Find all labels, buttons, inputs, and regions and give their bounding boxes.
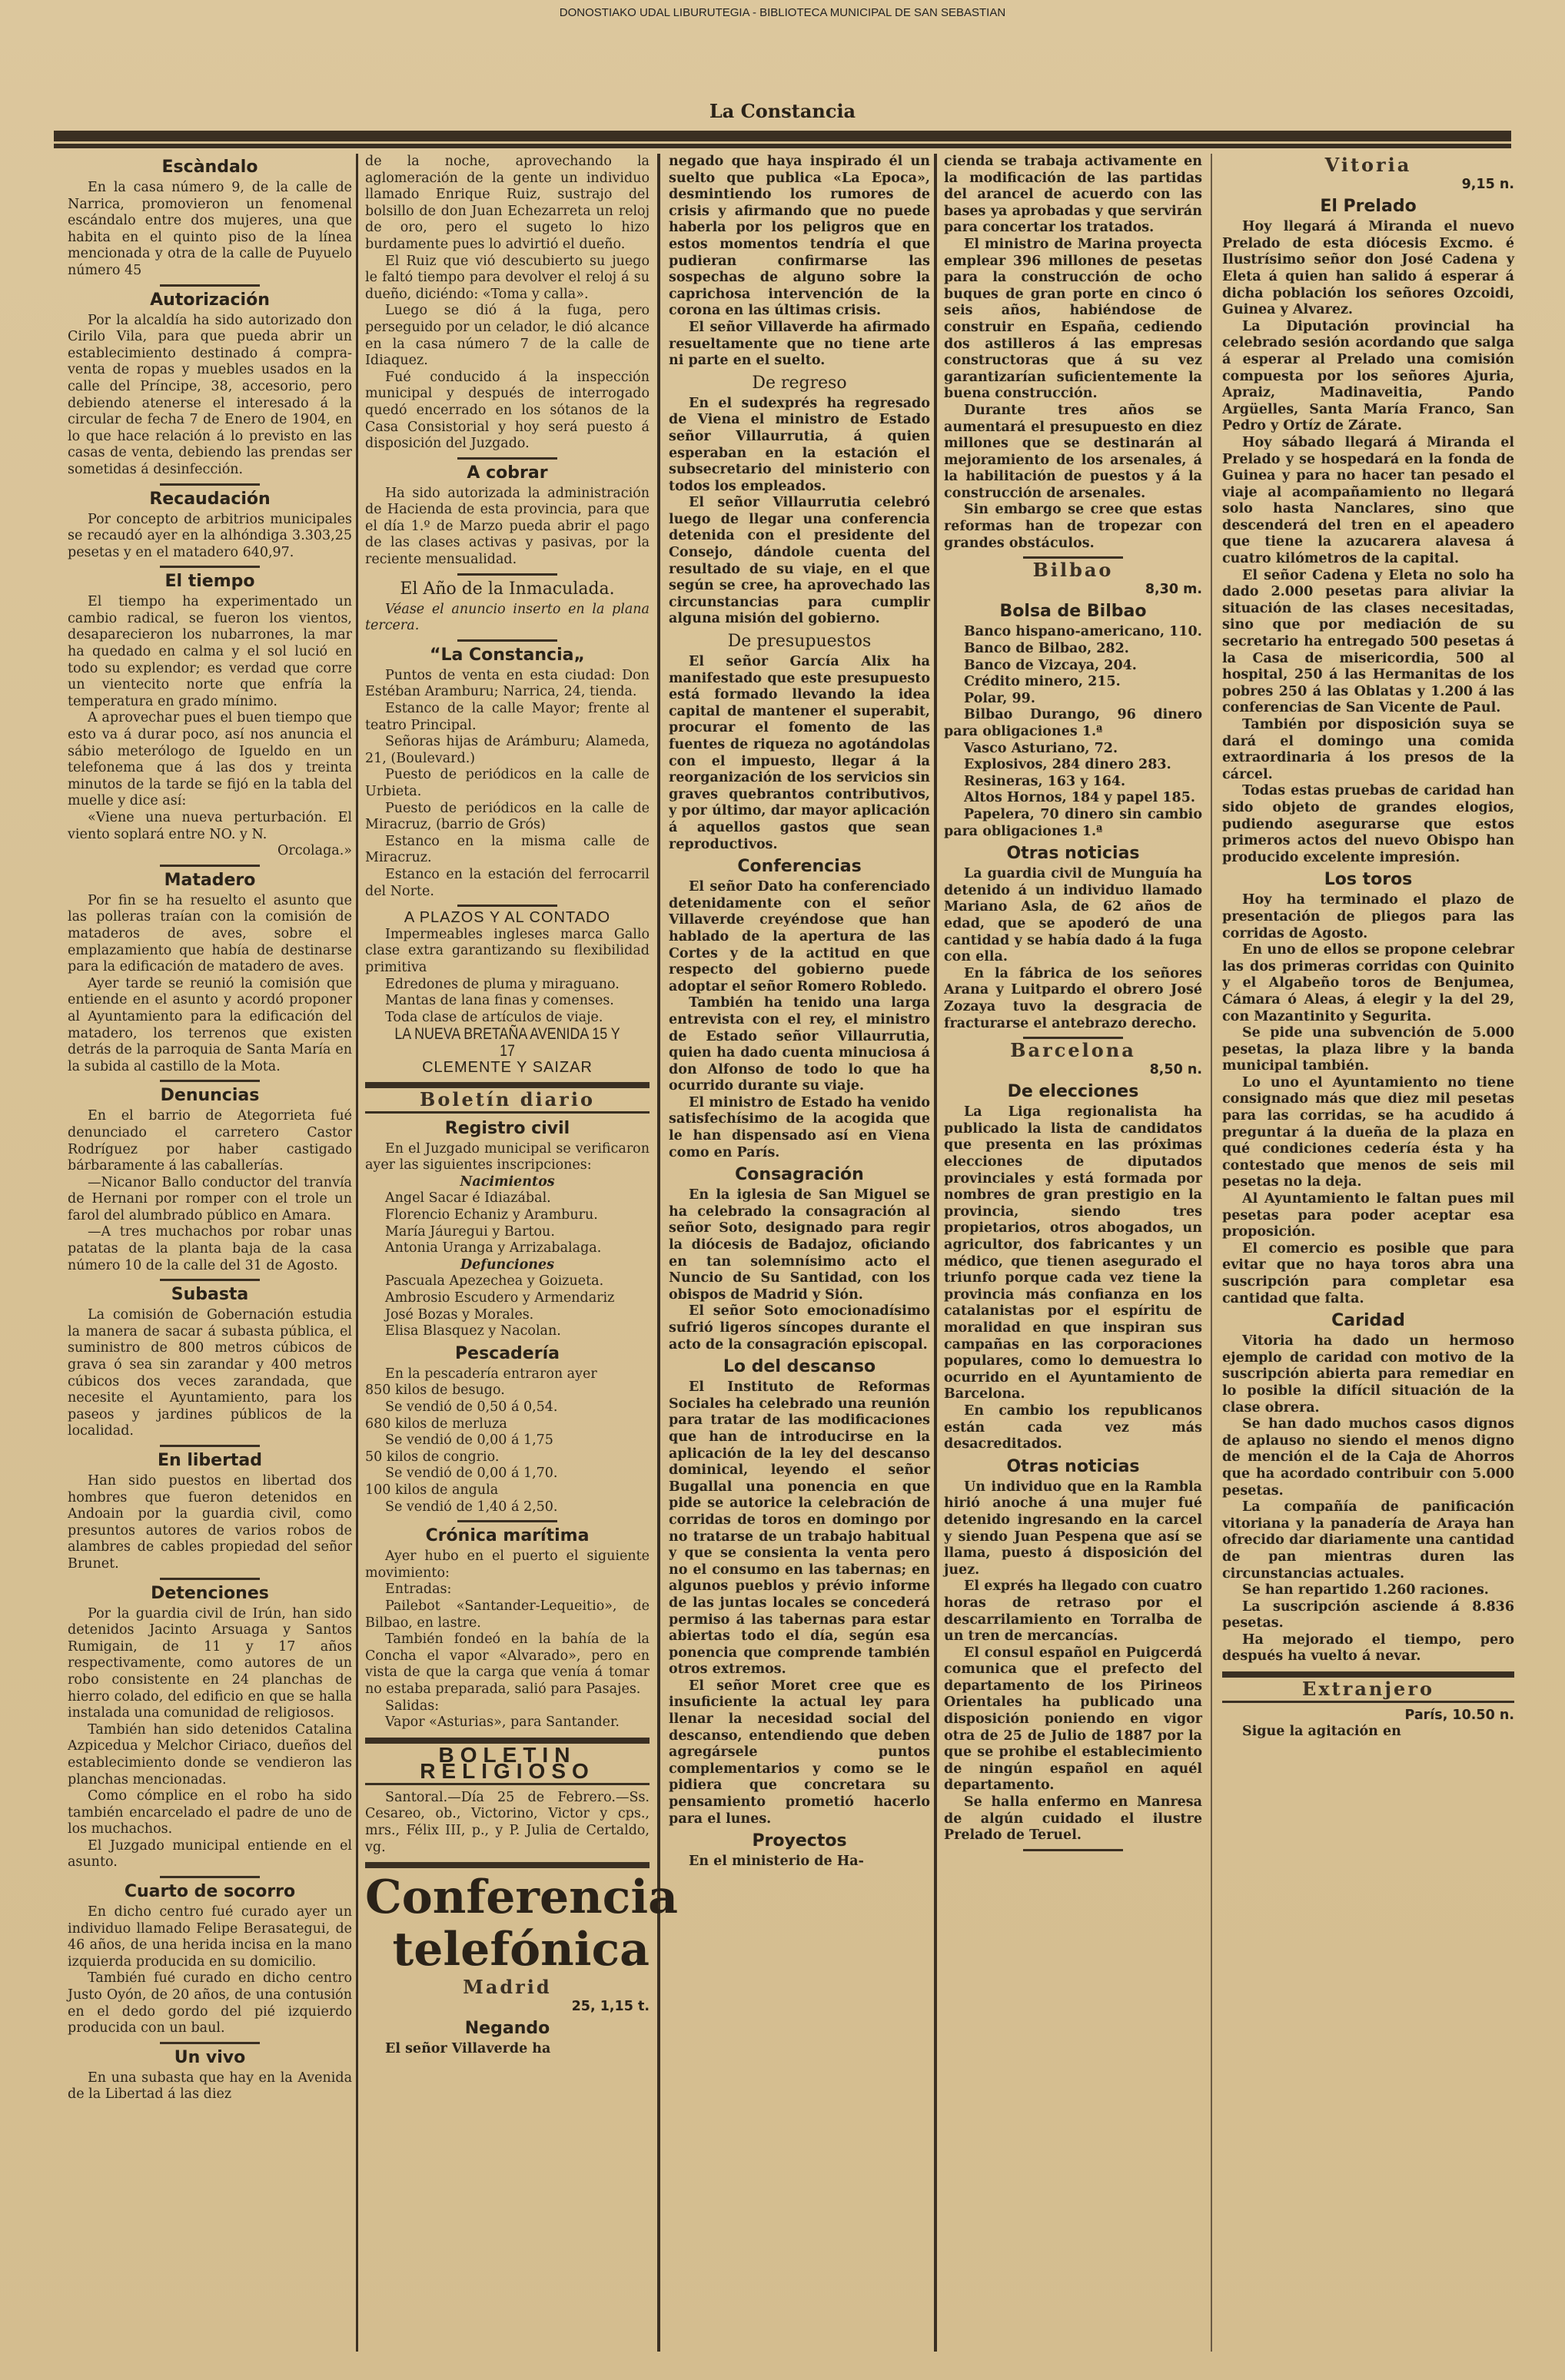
article-text: Se han repartido 1.260 raciones. — [1222, 1582, 1514, 1599]
section-title: BOLETIN RELIGIOSO — [365, 1747, 650, 1780]
article-text: También ha tenido una larga entrevista c… — [669, 995, 930, 1095]
sales-point: Estanco en la misma calle de Miracruz. — [365, 834, 650, 867]
article-title: El Prelado — [1222, 196, 1514, 217]
subheading: Defunciones — [365, 1257, 650, 1274]
birth-entry: Angel Sacar é Idiazábal. — [365, 1190, 650, 1207]
article-text: Vitoria ha dado un hermoso ejemplo de ca… — [1222, 1333, 1514, 1416]
article-title: Detenciones — [68, 1583, 352, 1605]
separator — [160, 1445, 260, 1447]
article-text: El ministro de Estado ha venido satisfec… — [669, 1095, 930, 1161]
article-title: Matadero — [68, 870, 352, 891]
article-title: “La Constancia„ — [365, 645, 650, 666]
stock-quote: Explosivos, 284 dinero 283. — [944, 757, 1202, 774]
article-text: Hoy sábado llegará á Miranda el Prelado … — [1222, 435, 1514, 568]
city-title: Vitoria — [1222, 157, 1514, 174]
separator — [160, 566, 260, 568]
city-title: Madrid — [365, 1979, 650, 1996]
article-title: Un vivo — [68, 2047, 352, 2069]
column-divider — [1211, 154, 1212, 2352]
fish-quantity: 680 kilos de merluza — [365, 1416, 650, 1433]
article-text: Ha sido autorizada la administración de … — [365, 486, 650, 569]
article-text: En la fábrica de los señores Arana y Lui… — [944, 966, 1202, 1032]
fish-price: Se vendió de 0,00 á 1,75 — [365, 1432, 650, 1449]
column-5: Vitoria 9,15 n. El Prelado Hoy llegará á… — [1222, 154, 1514, 1741]
separator — [160, 865, 260, 867]
section-rule — [365, 1862, 650, 1868]
article-title: Pescadería — [365, 1343, 650, 1365]
separator — [160, 1279, 260, 1281]
article-title: Los toros — [1222, 869, 1514, 891]
article-text: En dicho centro fué curado ayer un indiv… — [68, 1904, 352, 1970]
article-title: El tiempo — [68, 571, 352, 593]
subheading: Entradas: — [365, 1582, 650, 1598]
separator — [457, 573, 557, 576]
article-text: Ayer hubo en el puerto el siguiente movi… — [365, 1548, 650, 1582]
article-text: En cambio los republicanos están cada ve… — [944, 1403, 1202, 1453]
column-divider — [657, 154, 660, 2352]
article-title: Cuarto de socorro — [68, 1881, 352, 1903]
article-text: Santoral.—Día 25 de Febrero.—Ss. Cesareo… — [365, 1790, 650, 1856]
article-title: A cobrar — [365, 463, 650, 484]
section-rule — [365, 1111, 650, 1114]
article-text: Por concepto de arbitrios municipales se… — [68, 512, 352, 562]
dateline: 9,15 n. — [1222, 177, 1514, 194]
separator — [457, 457, 557, 460]
notice-text: Véase el anuncio inserto en la plana ter… — [365, 602, 650, 635]
ad-item: Impermeables ingleses marca Gallo clase … — [365, 927, 650, 977]
article-title: Consagración — [669, 1164, 930, 1186]
top-rule — [54, 131, 1511, 144]
section-banner: Conferencia — [365, 1871, 650, 1924]
article-text: El señor Villaverde ha — [365, 2041, 650, 2058]
section-rule — [365, 1783, 650, 1785]
dateline: 25, 1,15 t. — [365, 1999, 650, 2016]
article-title: Recaudación — [68, 489, 352, 510]
sales-point: Puntos de venta en esta ciudad: Don Esté… — [365, 668, 650, 701]
article-text: El señor Villaurrutia celebró luego de l… — [669, 495, 930, 628]
article-text: En uno de ellos se propone celebrar las … — [1222, 942, 1514, 1025]
birth-entry: María Jáuregui y Bartou. — [365, 1224, 650, 1241]
article-text: En la casa número 9, de la calle de Narr… — [68, 180, 352, 280]
article-text: Ha mejorado el tiempo, pero después ha v… — [1222, 1632, 1514, 1665]
article-title: Denuncias — [68, 1085, 352, 1107]
article-text: En el sudexprés ha regresado de Viena el… — [669, 396, 930, 496]
stock-quote: Banco de Vizcaya, 204. — [944, 658, 1202, 675]
article-text: Hoy llegará á Miranda el nuevo Prelado d… — [1222, 219, 1514, 319]
article-text: Luego se dió á la fuga, pero perseguido … — [365, 303, 650, 369]
article-text: Por fin se ha resuelto el asunto que las… — [68, 893, 352, 976]
death-entry: Ambrosio Escudero y Armendariz — [365, 1290, 650, 1307]
column-2: de la noche, aprovechando la aglomeració… — [365, 154, 650, 2058]
article-text: Por la alcaldía ha sido autorizado don C… — [68, 313, 352, 479]
article-title: De regreso — [669, 373, 930, 394]
section-title: Extranjero — [1222, 1681, 1514, 1698]
dateline: 8,30 m. — [944, 582, 1202, 599]
article-text: Se han dado muchos casos dignos de aplau… — [1222, 1416, 1514, 1499]
article-text: Vapor «Asturias», para Santander. — [365, 1714, 650, 1731]
article-title: Registro civil — [365, 1118, 650, 1140]
article-title: Proyectos — [669, 1831, 930, 1852]
article-title: Bolsa de Bilbao — [944, 601, 1202, 622]
city-title: Bilbao — [944, 562, 1202, 579]
article-text: La Diputación provincial ha celebrado se… — [1222, 319, 1514, 435]
article-text: La suscripción asciende á 8.836 pesetas. — [1222, 1599, 1514, 1632]
stock-quote: Altos Hornos, 184 y papel 185. — [944, 790, 1202, 807]
sales-point: Puesto de periódicos en la calle de Mira… — [365, 801, 650, 834]
article-text: El señor Cadena y Eleta no solo ha dado … — [1222, 568, 1514, 717]
city-title: Barcelona — [944, 1042, 1202, 1059]
article-text: Como cómplice en el robo ha sido también… — [68, 1788, 352, 1838]
article-text: En la iglesia de San Miguel se ha celebr… — [669, 1187, 930, 1303]
article-text: Ayer tarde se reunió la comisión que ent… — [68, 976, 352, 1076]
section-rule — [1222, 1671, 1514, 1678]
masthead: La Constancia — [0, 100, 1565, 122]
article-text: El ministro de Marina proyecta emplear 3… — [944, 237, 1202, 403]
article-text: En el ministerio de Ha- — [669, 1854, 930, 1870]
article-text: El señor Moret cree que es insuficiente … — [669, 1678, 930, 1827]
article-title: Lo del descanso — [669, 1356, 930, 1378]
stock-quote: Vasco Asturiano, 72. — [944, 741, 1202, 758]
article-text: Sigue la agitación en — [1222, 1724, 1514, 1741]
article-title: Subasta — [68, 1284, 352, 1306]
article-quote: «Viene una nueva perturbación. El viento… — [68, 810, 352, 843]
column-divider — [934, 154, 937, 2352]
article-text: El señor García Alix ha manifestado que … — [669, 654, 930, 853]
article-title: En libertad — [68, 1450, 352, 1472]
stock-quote: Crédito minero, 215. — [944, 674, 1202, 691]
sales-point: Señoras hijas de Arámburu; Alameda, 21, … — [365, 734, 650, 767]
article-text: También fué curado en dicho centro Justo… — [68, 1970, 352, 2036]
article-text: Un individuo que en la Rambla hirió anoc… — [944, 1479, 1202, 1579]
stock-quote: Polar, 99. — [944, 691, 1202, 708]
article-text: También fondeó en la bahía de la Concha … — [365, 1631, 650, 1698]
section-rule — [365, 1082, 650, 1088]
ad-store: LA NUEVA BRETAÑA AVENIDA 15 Y 17 — [387, 1026, 629, 1059]
archive-header: DONOSTIAKO UDAL LIBURUTEGIA - BIBLIOTECA… — [0, 6, 1565, 19]
article-signature: Orcolaga.» — [68, 843, 352, 860]
column-3: negado que haya inspirado él un suelto q… — [669, 154, 930, 1870]
article-text: En la pescadería entraron ayer — [365, 1366, 650, 1383]
article-title: Conferencias — [669, 856, 930, 878]
fish-quantity: 50 kilos de congrio. — [365, 1449, 650, 1466]
article-text: La Liga regionalista ha publicado la lis… — [944, 1104, 1202, 1403]
fish-price: Se vendió de 0,50 á 0,54. — [365, 1399, 650, 1416]
separator — [1023, 1849, 1123, 1851]
article-text: —Nicanor Ballo conductor del tranvía de … — [68, 1175, 352, 1225]
article-text: negado que haya inspirado él un suelto q… — [669, 154, 930, 320]
birth-entry: Antonia Uranga y Arrizabalaga. — [365, 1240, 650, 1257]
separator — [160, 284, 260, 287]
separator — [457, 905, 557, 907]
separator — [160, 1080, 260, 1082]
sales-point: Estanco de la calle Mayor; frente al tea… — [365, 701, 650, 734]
article-title: Otras noticias — [944, 1456, 1202, 1478]
article-title: Otras noticias — [944, 843, 1202, 865]
article-text: El señor Dato ha conferenciado detenidam… — [669, 879, 930, 995]
stock-quote: Banco hispano-americano, 110. — [944, 624, 1202, 641]
article-text: El Ruiz que vió descubierto su juego le … — [365, 254, 650, 304]
article-text: Al Ayuntamiento le faltan pues mil peset… — [1222, 1191, 1514, 1241]
newspaper-page: DONOSTIAKO UDAL LIBURUTEGIA - BIBLIOTECA… — [0, 0, 1565, 2380]
article-text: El señor Villaverde ha afirmado resuelta… — [669, 320, 930, 370]
article-text: Sin embargo se cree que estas reformas h… — [944, 502, 1202, 552]
section-banner: telefónica — [365, 1924, 650, 1976]
article-text: Se halla enfermo en Manresa de algún cui… — [944, 1794, 1202, 1844]
dateline: París, 10.50 n. — [1222, 1708, 1514, 1724]
article-text: Durante tres años se aumentará el presup… — [944, 403, 1202, 503]
ad-item: Toda clase de artículos de viaje. — [365, 1010, 650, 1027]
fish-quantity: 100 kilos de angula — [365, 1482, 650, 1499]
article-title: De presupuestos — [669, 631, 930, 652]
article-text: También por disposición suya se dará el … — [1222, 717, 1514, 783]
article-text: La guardia civil de Munguía ha detenido … — [944, 866, 1202, 966]
article-title: De elecciones — [944, 1081, 1202, 1103]
article-text: En el Juzgado municipal se verificaron a… — [365, 1141, 650, 1174]
column-1: Escàndalo En la casa número 9, de la cal… — [68, 154, 352, 2103]
ad-title: A PLAZOS Y AL CONTADO — [365, 910, 650, 927]
article-title: Caridad — [1222, 1310, 1514, 1332]
notice-title: El Año de la Inmaculada. — [365, 579, 650, 600]
article-text: El comercio es posible que para evitar q… — [1222, 1241, 1514, 1307]
article-text: Han sido puestos en libertad dos hombres… — [68, 1473, 352, 1573]
subheading: Nacimientos — [365, 1174, 650, 1191]
article-text: Se pide una subvención de 5.000 pesetas,… — [1222, 1025, 1514, 1075]
death-entry: José Bozas y Morales. — [365, 1307, 650, 1324]
article-text: de la noche, aprovechando la aglomeració… — [365, 154, 650, 254]
separator — [160, 1876, 260, 1878]
article-title: Autorización — [68, 290, 352, 311]
article-text: Fué conducido á la inspección municipal … — [365, 370, 650, 453]
sales-point: Puesto de periódicos en la calle de Urbi… — [365, 767, 650, 800]
article-text: La comisión de Gobernación estudia la ma… — [68, 1307, 352, 1440]
section-rule — [1222, 1701, 1514, 1703]
separator — [457, 639, 557, 642]
article-text: El Juzgado municipal entiende en el asun… — [68, 1838, 352, 1871]
article-text: A aprovechar pues el buen tiempo que est… — [68, 710, 352, 810]
article-text: En el barrio de Ategorrieta fué denuncia… — [68, 1108, 352, 1174]
ad-item: Mantas de lana finas y comenses. — [365, 993, 650, 1010]
death-entry: Elisa Blasquez y Nacolan. — [365, 1323, 650, 1340]
article-text: Por la guardia civil de Irún, han sido d… — [68, 1606, 352, 1722]
subheading: Salidas: — [365, 1698, 650, 1715]
article-text: En una subasta que hay en la Avenida de … — [68, 2070, 352, 2103]
birth-entry: Florencio Echaniz y Aramburu. — [365, 1207, 650, 1224]
column-4: cienda se trabaja activamente en la modi… — [944, 154, 1202, 1854]
article-text: Pailebot «Santander-Lequeitio», de Bilba… — [365, 1598, 650, 1631]
article-text: Hoy ha terminado el plazo de presentació… — [1222, 892, 1514, 942]
article-title: Escàndalo — [68, 157, 352, 178]
stock-quote: Bilbao Durango, 96 dinero para obligacio… — [944, 707, 1202, 740]
death-entry: Pascuala Apezechea y Goizueta. — [365, 1273, 650, 1290]
stock-quote: Resineras, 163 y 164. — [944, 774, 1202, 791]
article-text: El consul español en Puigcerdá comunica … — [944, 1645, 1202, 1794]
fish-price: Se vendió de 0,00 á 1,70. — [365, 1466, 650, 1482]
stock-quote: Papelera, 70 dinero sin cambio para obli… — [944, 807, 1202, 840]
sales-point: Estanco en la estación del ferrocarril d… — [365, 867, 650, 900]
ad-owners: CLEMENTE Y SAIZAR — [365, 1060, 650, 1077]
article-text: cienda se trabaja activamente en la modi… — [944, 154, 1202, 237]
section-title: Boletín diario — [365, 1091, 650, 1108]
separator — [160, 1578, 260, 1580]
separator — [160, 483, 260, 486]
article-text: Lo uno el Ayuntamiento no tiene consigna… — [1222, 1075, 1514, 1191]
article-title: Negando — [365, 2018, 650, 2040]
separator — [457, 1520, 557, 1522]
fish-price: Se vendió de 1,40 á 2,50. — [365, 1499, 650, 1516]
article-text: Todas estas pruebas de caridad han sido … — [1222, 783, 1514, 866]
article-text: El exprés ha llegado con cuatro horas de… — [944, 1578, 1202, 1645]
article-text: La compañía de panificación vitoriana y … — [1222, 1499, 1514, 1582]
separator — [160, 2042, 260, 2044]
fish-quantity: 850 kilos de besugo. — [365, 1383, 650, 1399]
dateline: 8,50 n. — [944, 1062, 1202, 1079]
article-text: El tiempo ha experimentado un cambio rad… — [68, 594, 352, 710]
ad-item: Edredones de pluma y miraguano. — [365, 977, 650, 994]
article-text: El Instituto de Reformas Sociales ha cel… — [669, 1379, 930, 1678]
stock-quote: Banco de Bilbao, 282. — [944, 641, 1202, 658]
article-title: Crónica marítima — [365, 1525, 650, 1547]
article-text: —A tres muchachos por robar unas patatas… — [68, 1224, 352, 1274]
column-divider — [356, 154, 358, 2352]
article-text: También han sido detenidos Catalina Azpi… — [68, 1722, 352, 1788]
article-text: El señor Soto emocionadísimo sufrió lige… — [669, 1303, 930, 1353]
